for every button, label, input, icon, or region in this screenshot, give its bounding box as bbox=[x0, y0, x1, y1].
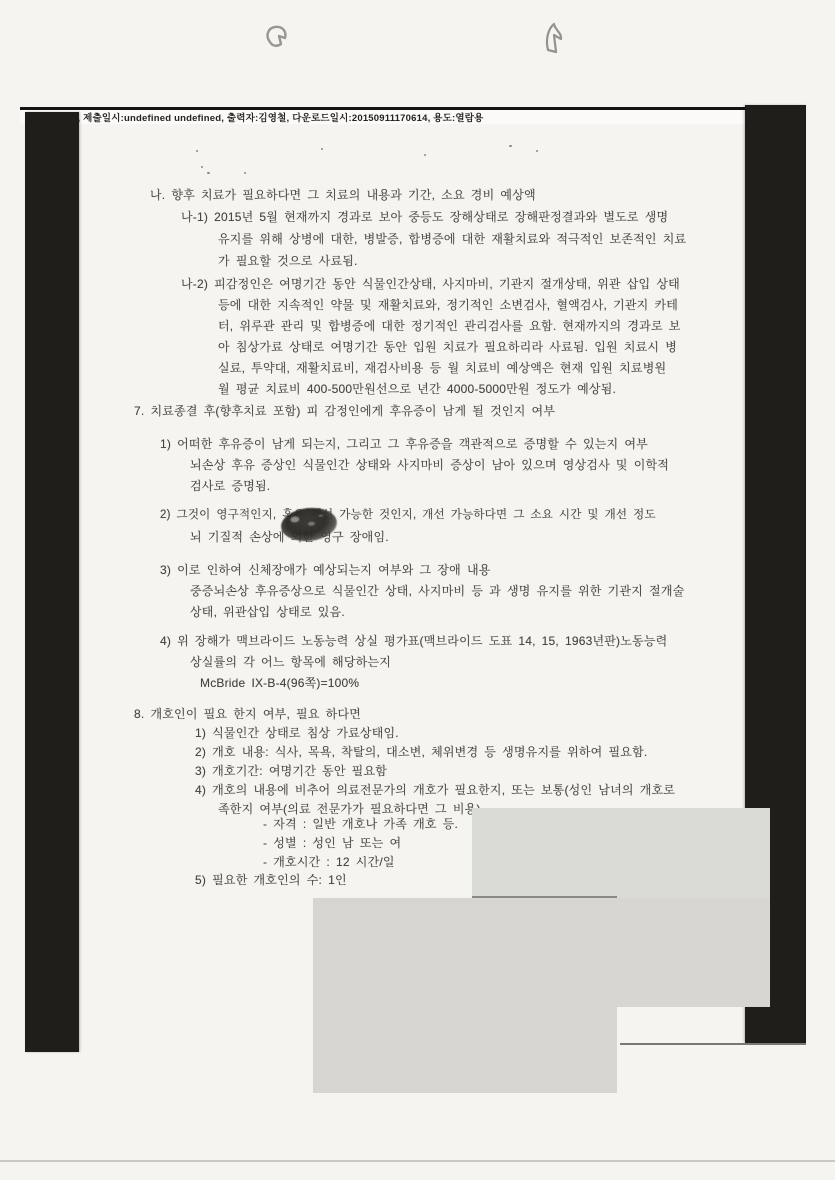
clause-na2-line: 등에 대한 지속적인 약물 및 재활치료와, 정기적인 소변검사, 혈액검사, … bbox=[218, 298, 678, 313]
clause-7-item1-line: 뇌손상 후유 증상인 식물인간 상태와 사지마비 증상이 남아 있으며 영상검사… bbox=[190, 458, 669, 473]
clause-7-title: 7. 치료종결 후(향후치료 포함) 피 감정인에게 후유증이 남게 될 것인지… bbox=[134, 404, 555, 419]
clause-8-item-line: 3) 개호기간: 여명기간 동안 필요함 bbox=[195, 764, 387, 779]
scan-bottom-rule bbox=[620, 1043, 806, 1045]
clause-7-item4-line: 상실률의 각 어느 항목에 해당하는지 bbox=[190, 655, 391, 670]
clause-7-item3-line: 3) 이로 인하여 신체장애가 예상되는지 여부와 그 장애 내용 bbox=[160, 563, 491, 578]
clause-7-item2-line: 2) 그것이 영구적인지, 혹은 개선 가능한 것인지, 개선 가능하다면 그 … bbox=[160, 508, 656, 523]
page-footer-rule bbox=[0, 1160, 835, 1162]
clause-8-item-line: 4) 개호의 내용에 비추어 의료전문가의 개호가 필요한지, 또는 보통(성인… bbox=[195, 783, 675, 798]
occlusion-box-right bbox=[617, 898, 770, 1007]
header-print-metadata: ned, 제출일시:undefined undefined, 출력자:김영철, … bbox=[60, 110, 484, 124]
mcbride-rating-value: McBride IX-B-4(96쪽)=100% bbox=[200, 676, 359, 691]
care-detail-line: - 자격 : 일반 개호나 가족 개호 등. bbox=[263, 817, 458, 832]
clause-na2-line: 월 평균 치료비 400-500만원선으로 년간 4000-5000만원 정도가… bbox=[218, 382, 616, 397]
clause-7-item3-line: 상태, 위관삽입 상태로 있음. bbox=[190, 605, 345, 620]
clause-na2-line: 실료, 투약대, 재활치료비, 재검사비용 등 월 치료비 예상액은 현재 입원… bbox=[218, 361, 666, 376]
occlusion-box-lower bbox=[313, 898, 617, 1093]
clause-na2-line: 나-2) 피감정인은 여명기간 동안 식물인간상태, 사지마비, 기관지 절개상… bbox=[181, 277, 680, 292]
clause-na2-line: 아 침상가료 상태로 여명기간 동안 입원 치료가 필요하리라 사료됨. 입원 … bbox=[218, 340, 677, 355]
clause-na2-line: 터, 위루관 관리 및 합병증에 대한 정기적인 관리검사를 요함. 현재까지의… bbox=[218, 319, 681, 334]
clause-8-title: 8. 개호인이 필요 한지 여부, 필요 하다면 bbox=[134, 707, 361, 722]
clause-7-item1-line: 1) 어떠한 후유증이 남게 되는지, 그리고 그 후유증을 객관적으로 증명할… bbox=[160, 437, 648, 452]
punch-mark-right-icon bbox=[540, 20, 570, 58]
clause-8-item-line: 족한지 여부(의료 전문가가 필요하다면 그 비용) bbox=[218, 802, 481, 817]
punch-mark-left-icon bbox=[262, 22, 296, 60]
scanned-document-page: ned, 제출일시:undefined undefined, 출력자:김영철, … bbox=[0, 0, 835, 1180]
scan-edge-bar-left bbox=[25, 112, 79, 1052]
clause-na1-line: 유지를 위해 상병에 대한, 병발증, 합병증에 대한 재활치료와 적극적인 보… bbox=[218, 232, 686, 247]
clause-na-title: 나. 향후 치료가 필요하다면 그 치료의 내용과 기간, 소요 경비 예상액 bbox=[150, 188, 536, 203]
clause-7-item1-line: 검사로 증명됨. bbox=[190, 479, 270, 494]
clause-7-item4-line: 4) 위 장해가 맥브라이드 노동능력 상실 평가표(맥브라이드 도표 14, … bbox=[160, 634, 667, 649]
clause-na1-line: 나-1) 2015년 5월 현재까지 경과로 보아 중등도 장해상태로 장해판정… bbox=[181, 210, 668, 225]
clause-8-item-line: 1) 식물인간 상태로 침상 가료상태임. bbox=[195, 726, 399, 741]
occlusion-box-upper bbox=[472, 808, 770, 898]
care-detail-line: - 성별 : 성인 남 또는 여 bbox=[263, 836, 401, 851]
care-detail-line: - 개호시간 : 12 시간/일 bbox=[263, 855, 395, 870]
clause-8-item-line: 2) 개호 내용: 식사, 목욕, 착탈의, 대소변, 체위변경 등 생명유지를… bbox=[195, 745, 647, 760]
clause-7-item3-line: 중증뇌손상 후유증상으로 식물인간 상태, 사지마비 등 과 생명 유지를 위한… bbox=[190, 584, 684, 599]
occlusion-seam-line bbox=[472, 896, 617, 898]
clause-8-item5-line: 5) 필요한 개호인의 수: 1인 bbox=[195, 873, 347, 888]
clause-na1-line: 가 필요할 것으로 사료됨. bbox=[218, 254, 358, 269]
